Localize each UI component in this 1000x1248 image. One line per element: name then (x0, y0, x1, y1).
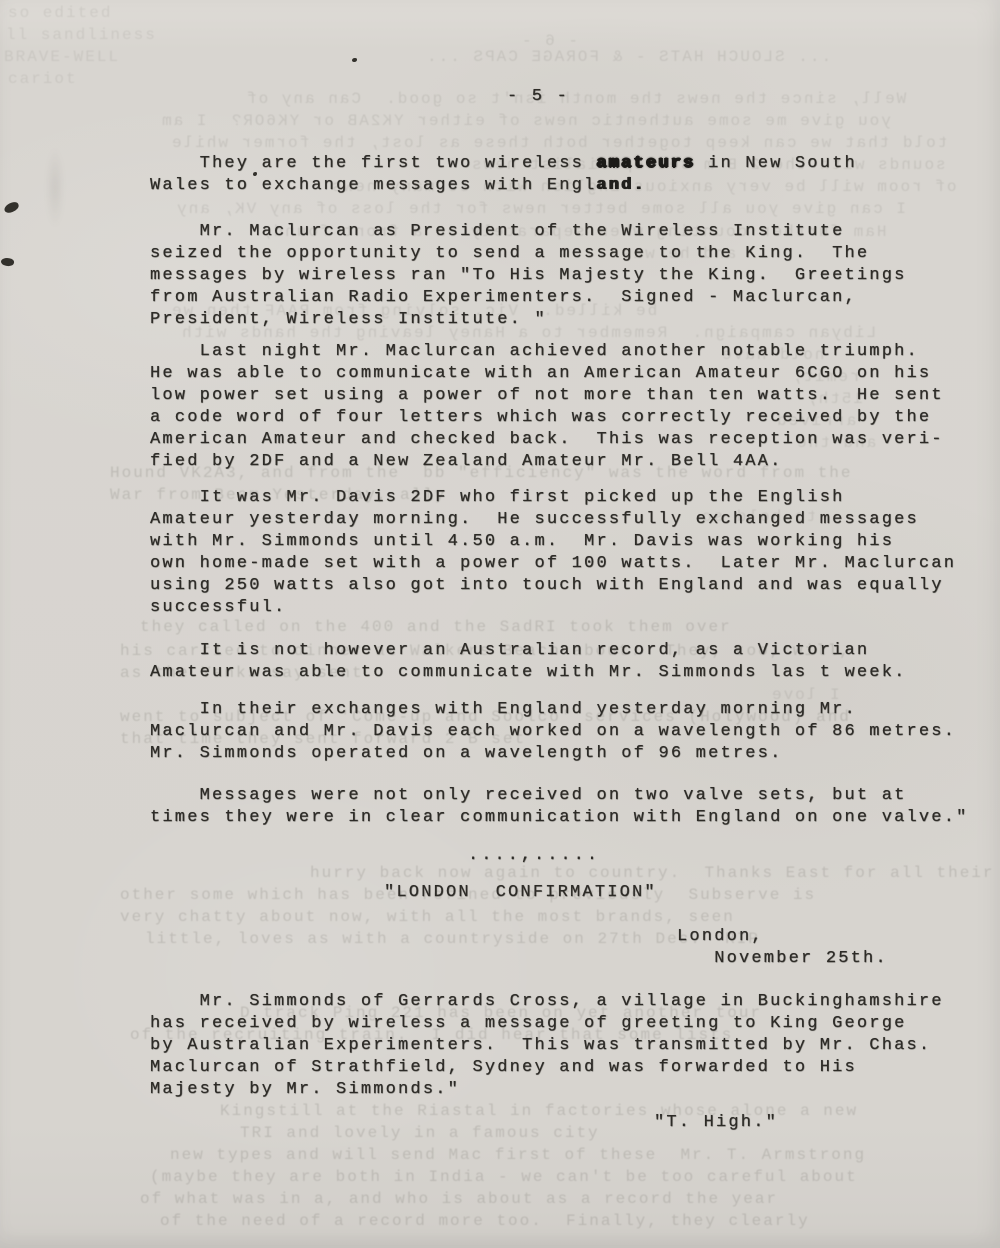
ghost-text-line: hurry back now again to country. Thanks … (310, 862, 995, 884)
ghost-text-line: - 6 - (520, 30, 578, 52)
paragraph-simmonds-gerrards-cross: Mr. Simmonds of Gerrards Cross, a villag… (150, 991, 944, 1101)
ghost-text-line: so edited (8, 2, 112, 24)
paragraph-victorian-amateur: It is not however an Australian record, … (150, 640, 907, 684)
paragraph-notable-triumph: Last night Mr. Maclurcan achieved anothe… (150, 341, 944, 473)
section-heading-london-confirmation: "LONDON CONFIRMATION" (384, 882, 657, 904)
ghost-text-line: TRI and lovely in a famous city (240, 1122, 600, 1144)
paragraph-maclurcan-king-message: Mr. Maclurcan as President of the Wirele… (150, 221, 907, 331)
ink-speck (3, 201, 20, 215)
ink-speck (0, 257, 14, 267)
ghost-text-line: you give me some authentic news of eithe… (160, 110, 891, 132)
ghost-text-line: told that we can keep together both thes… (170, 132, 947, 154)
ghost-text-line: new types and will send Mac first of the… (170, 1144, 866, 1166)
paper-smudge (44, 140, 66, 235)
ghost-text-line: cariot (8, 68, 78, 90)
ghost-text-line: little, loves as with a countryside on 2… (145, 928, 760, 950)
paragraph-davis-2df: It was Mr. Davis 2DF who first picked up… (150, 487, 956, 619)
ghost-text-line: I can give you all some better news for … (175, 198, 906, 220)
paragraph-valve-sets: Messages were not only received on two v… (150, 785, 969, 829)
page-number: - 5 - (507, 86, 569, 108)
dateline-london-november: London, November 25th. (677, 926, 888, 970)
ghost-text-line: ll sandliness (6, 24, 157, 46)
ghost-text-line: they called on the 400 and the SadRI too… (140, 616, 732, 638)
signature-t-high: "T. High." (654, 1112, 778, 1134)
separator-dots: ....,..... (468, 845, 600, 867)
paragraph-wavelengths: In their exchanges with England yesterda… (150, 699, 956, 765)
ghost-text-line: of the need of a record more too. Finall… (160, 1210, 810, 1232)
ink-speck (352, 58, 357, 62)
ghost-text-line: ... SLOUCH HATS - & FORAGE CAPS ... (425, 46, 831, 68)
overstruck-word: amateurs (596, 154, 695, 173)
retyped-word: and. (596, 176, 646, 195)
paragraph-wireless-first: They are the first two wireless amateurs… (150, 153, 857, 197)
ghost-text-line: BRAVE-WELL (4, 46, 120, 68)
ghost-text-line: very chatty about now, with all the most… (120, 906, 735, 928)
ghost-text-line: of what was in a, and who is about as a … (140, 1188, 778, 1210)
paragraph-text: They are the first two wireless (150, 154, 596, 173)
ghost-text-line: Well, since the news the month isn't so … (245, 88, 906, 110)
ghost-text-line: (maybe they are both in India - we can't… (150, 1166, 858, 1188)
